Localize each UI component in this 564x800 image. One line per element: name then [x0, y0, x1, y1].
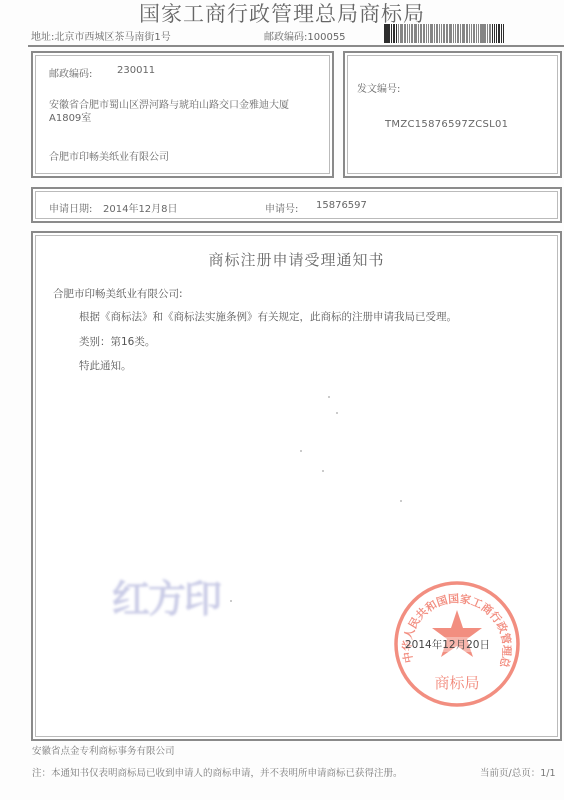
notice-salutation: 合肥市印畅美纸业有限公司:	[53, 286, 183, 301]
document-number-box: 发文编号: TMZC15876597ZCSL01	[343, 51, 562, 178]
issuer-postcode: 邮政编码:100055	[264, 28, 346, 43]
barcode	[384, 24, 552, 43]
header-divider	[28, 45, 564, 47]
application-date-label: 申请日期:	[49, 200, 92, 215]
watermark-text: 红方印	[112, 568, 220, 623]
notice-closing: 特此通知。	[79, 358, 132, 373]
application-number-value: 15876597	[316, 200, 367, 211]
recipient-company: 合肥市印畅美纸业有限公司	[49, 148, 169, 163]
footer-note: 注：本通知书仅表明商标局已收到申请人的商标申请，并不表明所申请商标已获得注册。	[32, 765, 403, 779]
application-number-label: 申请号:	[265, 200, 298, 215]
application-date-value: 2014年12月8日	[103, 200, 178, 215]
seal-date: 2014年12月20日	[405, 637, 490, 652]
notice-paragraph: 根据《商标法》和《商标法实施条例》有关规定，此商标的注册申请我局已受理。	[79, 309, 457, 324]
issuer-address: 地址:北京市西城区茶马南街1号	[31, 28, 171, 43]
recipient-postcode-label: 邮政编码:	[49, 65, 92, 80]
recipient-address-line1: 安徽省合肥市蜀山区淠河路与琥珀山路交口金雅迪大厦	[49, 96, 334, 111]
seal-bottom-text: 商标局	[434, 674, 479, 692]
document-number-value: TMZC15876597ZCSL01	[385, 119, 508, 130]
recipient-box: 邮政编码: 230011 安徽省合肥市蜀山区淠河路与琥珀山路交口金雅迪大厦 A1…	[31, 51, 334, 178]
recipient-postcode-value: 230011	[117, 65, 155, 76]
page-indicator: 当前页/总页：1/1	[480, 765, 556, 779]
notice-category: 类别：第16类。	[79, 334, 155, 349]
recipient-address-line2: A1809室	[49, 109, 91, 124]
notice-title: 商标注册申请受理通知书	[33, 249, 560, 270]
application-box: 申请日期: 2014年12月8日 申请号: 15876597	[31, 187, 562, 223]
agency-name: 安徽省点金专利商标事务有限公司	[32, 743, 175, 757]
document-number-label: 发文编号:	[357, 80, 400, 95]
